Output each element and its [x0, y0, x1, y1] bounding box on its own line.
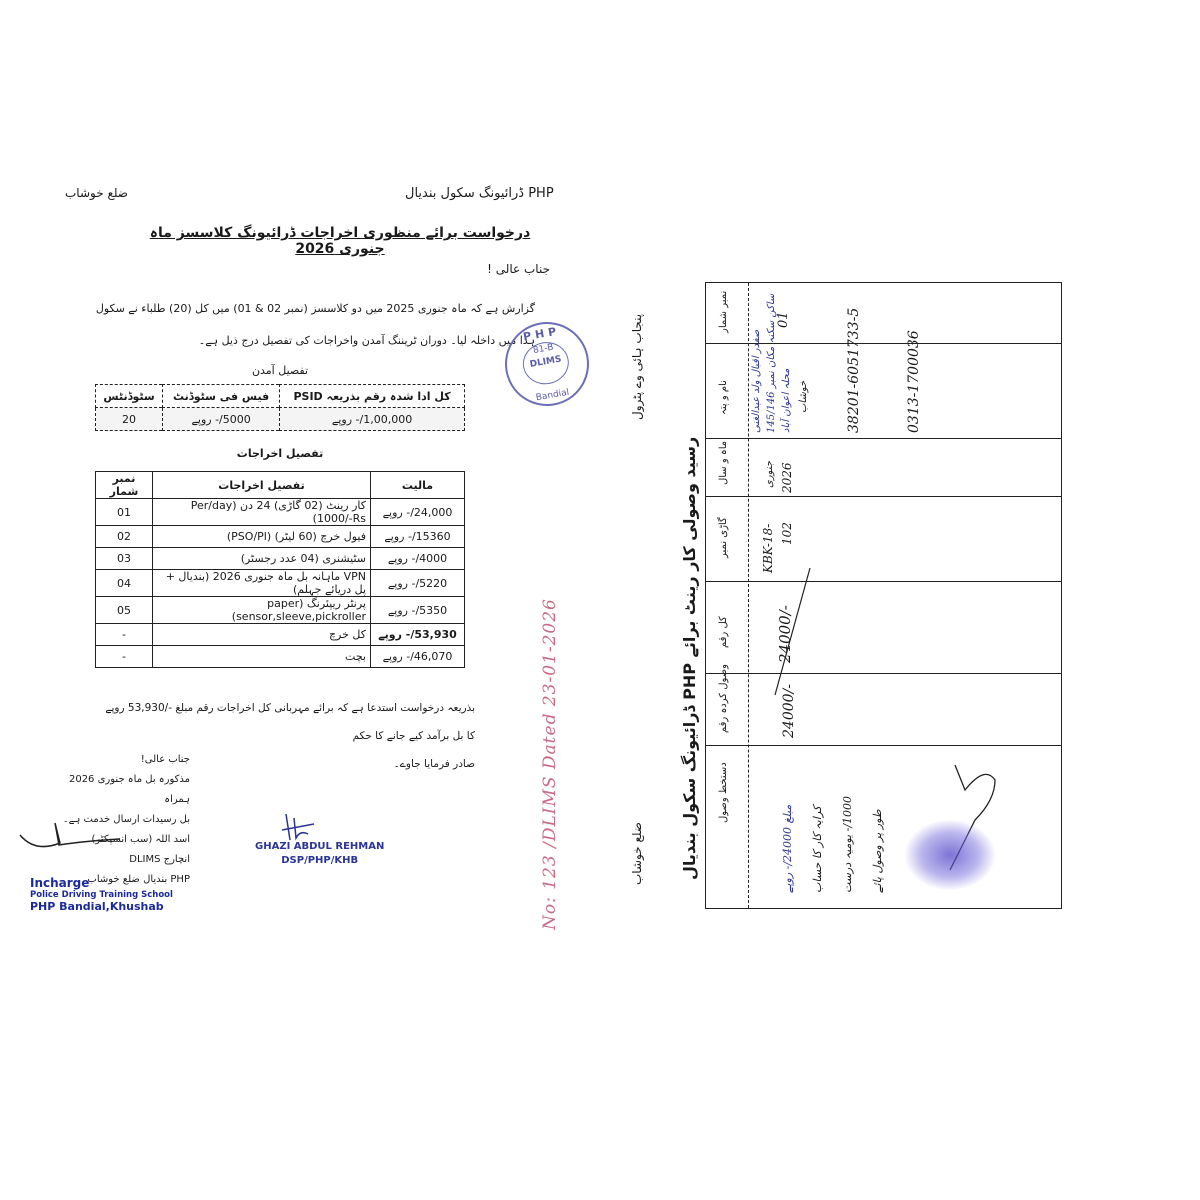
header-fee-per-student: فیس فی سٹوڈنٹ — [163, 385, 280, 408]
district-name: ضلع خوشاب — [65, 186, 128, 200]
expense-serial: 01 — [96, 499, 153, 526]
expense-serial: - — [96, 646, 153, 668]
receipt-note-line: مبلغ 24000/- روپے — [781, 805, 794, 893]
table-header-row: مالیت تفصیل اخراجات نمبر شمار — [96, 472, 465, 499]
student-count: 20 — [96, 408, 163, 431]
salutation: جناب عالی ! — [430, 262, 550, 276]
expense-serial: 04 — [96, 570, 153, 597]
phone-number: 0313-1700036 — [906, 330, 922, 433]
expense-serial: 05 — [96, 597, 153, 624]
address-line: ساکن سکنہ مکان نمبر 145/146 — [766, 294, 777, 433]
expense-serial: - — [96, 624, 153, 646]
header-amount: مالیت — [371, 472, 465, 499]
department-label: پنجاب ہائی وے پٹرول — [630, 314, 644, 420]
paragraph-line: گزارش ہے کہ ماہ جنوری 2025 میں دو کلاسسز… — [95, 293, 535, 325]
school-name: PHP ڈرائیونگ سکول بندیال — [405, 186, 554, 201]
header-students: سٹوڈنٹس — [96, 385, 163, 408]
header-vehicle-no: گاڑی نمبر — [718, 517, 729, 558]
table-row: 15360/- روپے فیول خرچ (60 لیٹر) (PSO/Pl)… — [96, 526, 465, 548]
expense-detail: فیول خرچ (60 لیٹر) (PSO/Pl) — [153, 526, 371, 548]
total-expense: 53,930/- روپے — [371, 624, 465, 646]
divider — [706, 745, 1061, 746]
table-row: 24,000/- روپے کار رینٹ (02 گاڑی) 24 دن (… — [96, 499, 465, 526]
incharge-stamp: Incharge Police Driving Training School … — [30, 877, 173, 913]
strike-line-icon — [770, 560, 830, 700]
fee-per-student: 5000/- روپے — [163, 408, 280, 431]
table-row: 5220/- روپے VPN ماہانہ بل ماہ جنوری 2026… — [96, 570, 465, 597]
header-serial: نمبر شمار — [718, 291, 729, 333]
paragraph-line: ہذا میں داخلہ لیا۔ دوران ٹریننگ آمدن واخ… — [95, 325, 535, 357]
year: 2026 — [780, 462, 794, 493]
table-row: 4000/- روپے سٹیشنری (04 عدد رجسٹر) 03 — [96, 548, 465, 570]
stamp-line: Incharge — [30, 877, 173, 889]
expense-detail: VPN ماہانہ بل ماہ جنوری 2026 (بندیال + پ… — [153, 570, 371, 597]
table-row-savings: 46,070/- روپے بچت - — [96, 646, 465, 668]
expense-detail: پرنٹر ریپئرنگ (paper sensor,sleeve,pickr… — [153, 597, 371, 624]
thumbprint — [905, 820, 995, 890]
note-line: مذکورہ بل ماہ جنوری 2026 ہمراہ — [60, 770, 190, 810]
signature-icon — [15, 815, 125, 855]
total-label: کل خرچ — [153, 624, 371, 646]
stamp-inner-ring: 81-B DLIMS — [520, 339, 573, 388]
dsp-stamp: GHAZI ABDUL REHMAN DSP/PHP/KHB — [255, 840, 384, 868]
header-total-amount: کل رقم — [718, 616, 729, 648]
expense-detail: کار رینٹ (02 گاڑی) 24 دن (Per/day 1000/-… — [153, 499, 371, 526]
header-detail: تفصیل اخراجات — [153, 472, 371, 499]
header-serial: نمبر شمار — [96, 472, 153, 499]
income-table: کل ادا شدہ رقم بذریعہ PSID فیس فی سٹوڈنٹ… — [95, 384, 465, 431]
stamp-line: PHP Bandial,Khushab — [30, 901, 173, 913]
expense-table: مالیت تفصیل اخراجات نمبر شمار 24,000/- ر… — [95, 471, 465, 668]
dsp-name: GHAZI ABDUL REHMAN — [255, 840, 384, 854]
header-month-year: ماہ و سال — [718, 441, 729, 485]
receipt-note-line: طور پر وصول پائے — [871, 809, 884, 893]
savings-label: بچت — [153, 646, 371, 668]
row-serial: 01 — [776, 311, 791, 328]
dsp-signature-icon — [278, 810, 318, 844]
receipt-note-line: 1000/- یومیہ درست — [841, 796, 854, 893]
vehicle-number-suffix: 102 — [780, 522, 794, 545]
expense-amount: 15360/- روپے — [371, 526, 465, 548]
divider — [706, 496, 1061, 497]
expense-amount: 24,000/- روپے — [371, 499, 465, 526]
divider — [706, 581, 1061, 582]
name-line: صفدر اقبال ولد عبدالغنی — [751, 330, 762, 433]
note-line: جناب عالی! — [60, 750, 190, 770]
table-row: 1,00,000/- روپے 5000/- روپے 20 — [96, 408, 465, 431]
dispatch-number-note: No: 123 /DLIMS Dated 23-01-2026 — [540, 598, 560, 930]
stamp-bottom-text: Bandial — [512, 384, 593, 408]
header-received-amount: وصول کردہ رقم — [718, 664, 729, 733]
savings-amount: 46,070/- روپے — [371, 646, 465, 668]
divider — [706, 673, 1061, 674]
receipt-table: نمبر شمار نام و پتہ ماہ و سال گاڑی نمبر … — [705, 282, 1062, 909]
expense-serial: 02 — [96, 526, 153, 548]
month: جنوری — [764, 461, 775, 488]
expense-amount: 4000/- روپے — [371, 548, 465, 570]
expense-detail: سٹیشنری (04 عدد رجسٹر) — [153, 548, 371, 570]
income-heading: تفصیل آمدن — [95, 364, 465, 377]
expense-heading: تفصیل اخراجات — [95, 447, 465, 460]
address-line: محلہ اعوان آباد — [781, 369, 792, 433]
divider — [706, 438, 1061, 439]
header-signature: دستخط وصول — [718, 762, 729, 823]
table-row-total: 53,930/- روپے کل خرچ - — [96, 624, 465, 646]
expense-request-page: PHP ڈرائیونگ سکول بندیال ضلع خوشاب درخوا… — [0, 0, 600, 1200]
receipt-district: ضلع خوشاب — [630, 822, 644, 885]
receipt-note-line: کرایہ کار کا حساب — [811, 806, 824, 893]
expense-amount: 5220/- روپے — [371, 570, 465, 597]
table-row: 5350/- روپے پرنٹر ریپئرنگ (paper sensor,… — [96, 597, 465, 624]
page-title: درخواست برائے منظوری اخراجات ڈرائیونگ کل… — [130, 225, 550, 257]
expense-amount: 5350/- روپے — [371, 597, 465, 624]
request-paragraph: گزارش ہے کہ ماہ جنوری 2025 میں دو کلاسسز… — [95, 293, 535, 357]
receipt-title: رسید وصولی کار رینٹ برائے PHP ڈرائیونگ س… — [680, 437, 699, 880]
cnic-number: 38201-6051733-5 — [846, 308, 862, 433]
address-line: خوشاب — [798, 381, 809, 413]
dsp-title: DSP/PHP/KHB — [255, 854, 384, 868]
closing-line: بذریعہ درخواست استدعا ہے کہ برائے مہربان… — [95, 694, 475, 750]
expense-serial: 03 — [96, 548, 153, 570]
header-total-paid: کل ادا شدہ رقم بذریعہ PSID — [280, 385, 465, 408]
header-name-address: نام و پتہ — [718, 380, 729, 415]
table-header-row: کل ادا شدہ رقم بذریعہ PSID فیس فی سٹوڈنٹ… — [96, 385, 465, 408]
total-paid: 1,00,000/- روپے — [280, 408, 465, 431]
